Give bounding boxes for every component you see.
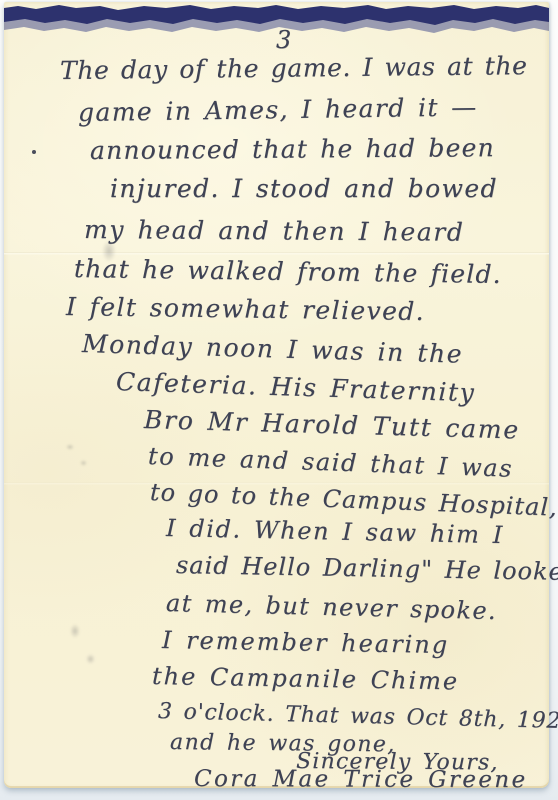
letter-line: Bro Mr Harold Tutt came (144, 405, 521, 444)
smudge-mark (66, 444, 74, 450)
letter-line: I did. When I saw him I (166, 514, 504, 549)
smudge-mark (102, 240, 116, 262)
letter-line: at me, but never spoke. (166, 589, 498, 625)
smudge-mark (304, 638, 313, 647)
stray-ink-dot (32, 150, 36, 154)
letter-line: Cafeteria. His Fraternity (116, 367, 476, 407)
letter-line: that he walked from the field. (74, 254, 502, 289)
letter-line: said Hello Darling" He looked (176, 551, 558, 586)
letter-line: 3 o'clock. That was Oct 8th, 1923, (158, 699, 558, 734)
letter-line: to me and said that I was (148, 442, 514, 483)
smudge-mark (86, 654, 95, 664)
page-number: 3 (276, 26, 292, 54)
letter-line: I felt somewhat relieved. (66, 292, 425, 326)
signature-line: Cora Mae Trice Greene (194, 766, 528, 793)
letter-line: announced that he had been (90, 133, 495, 165)
letter-line: game in Ames, I heard it — (78, 92, 478, 127)
smudge-mark (70, 624, 80, 638)
letter-page: 3The day of the game. I was at thegame i… (4, 2, 549, 788)
smudge-mark (80, 460, 87, 466)
letter-line: my head and then I heard (84, 215, 465, 247)
letter-line: the Campanile Chime (152, 662, 460, 695)
scan-background: 3The day of the game. I was at thegame i… (0, 0, 558, 800)
letter-line: The day of the game. I was at the (60, 51, 528, 85)
letter-line: injured. I stood and bowed (110, 174, 498, 203)
letter-line: Monday noon I was in the (82, 329, 464, 369)
